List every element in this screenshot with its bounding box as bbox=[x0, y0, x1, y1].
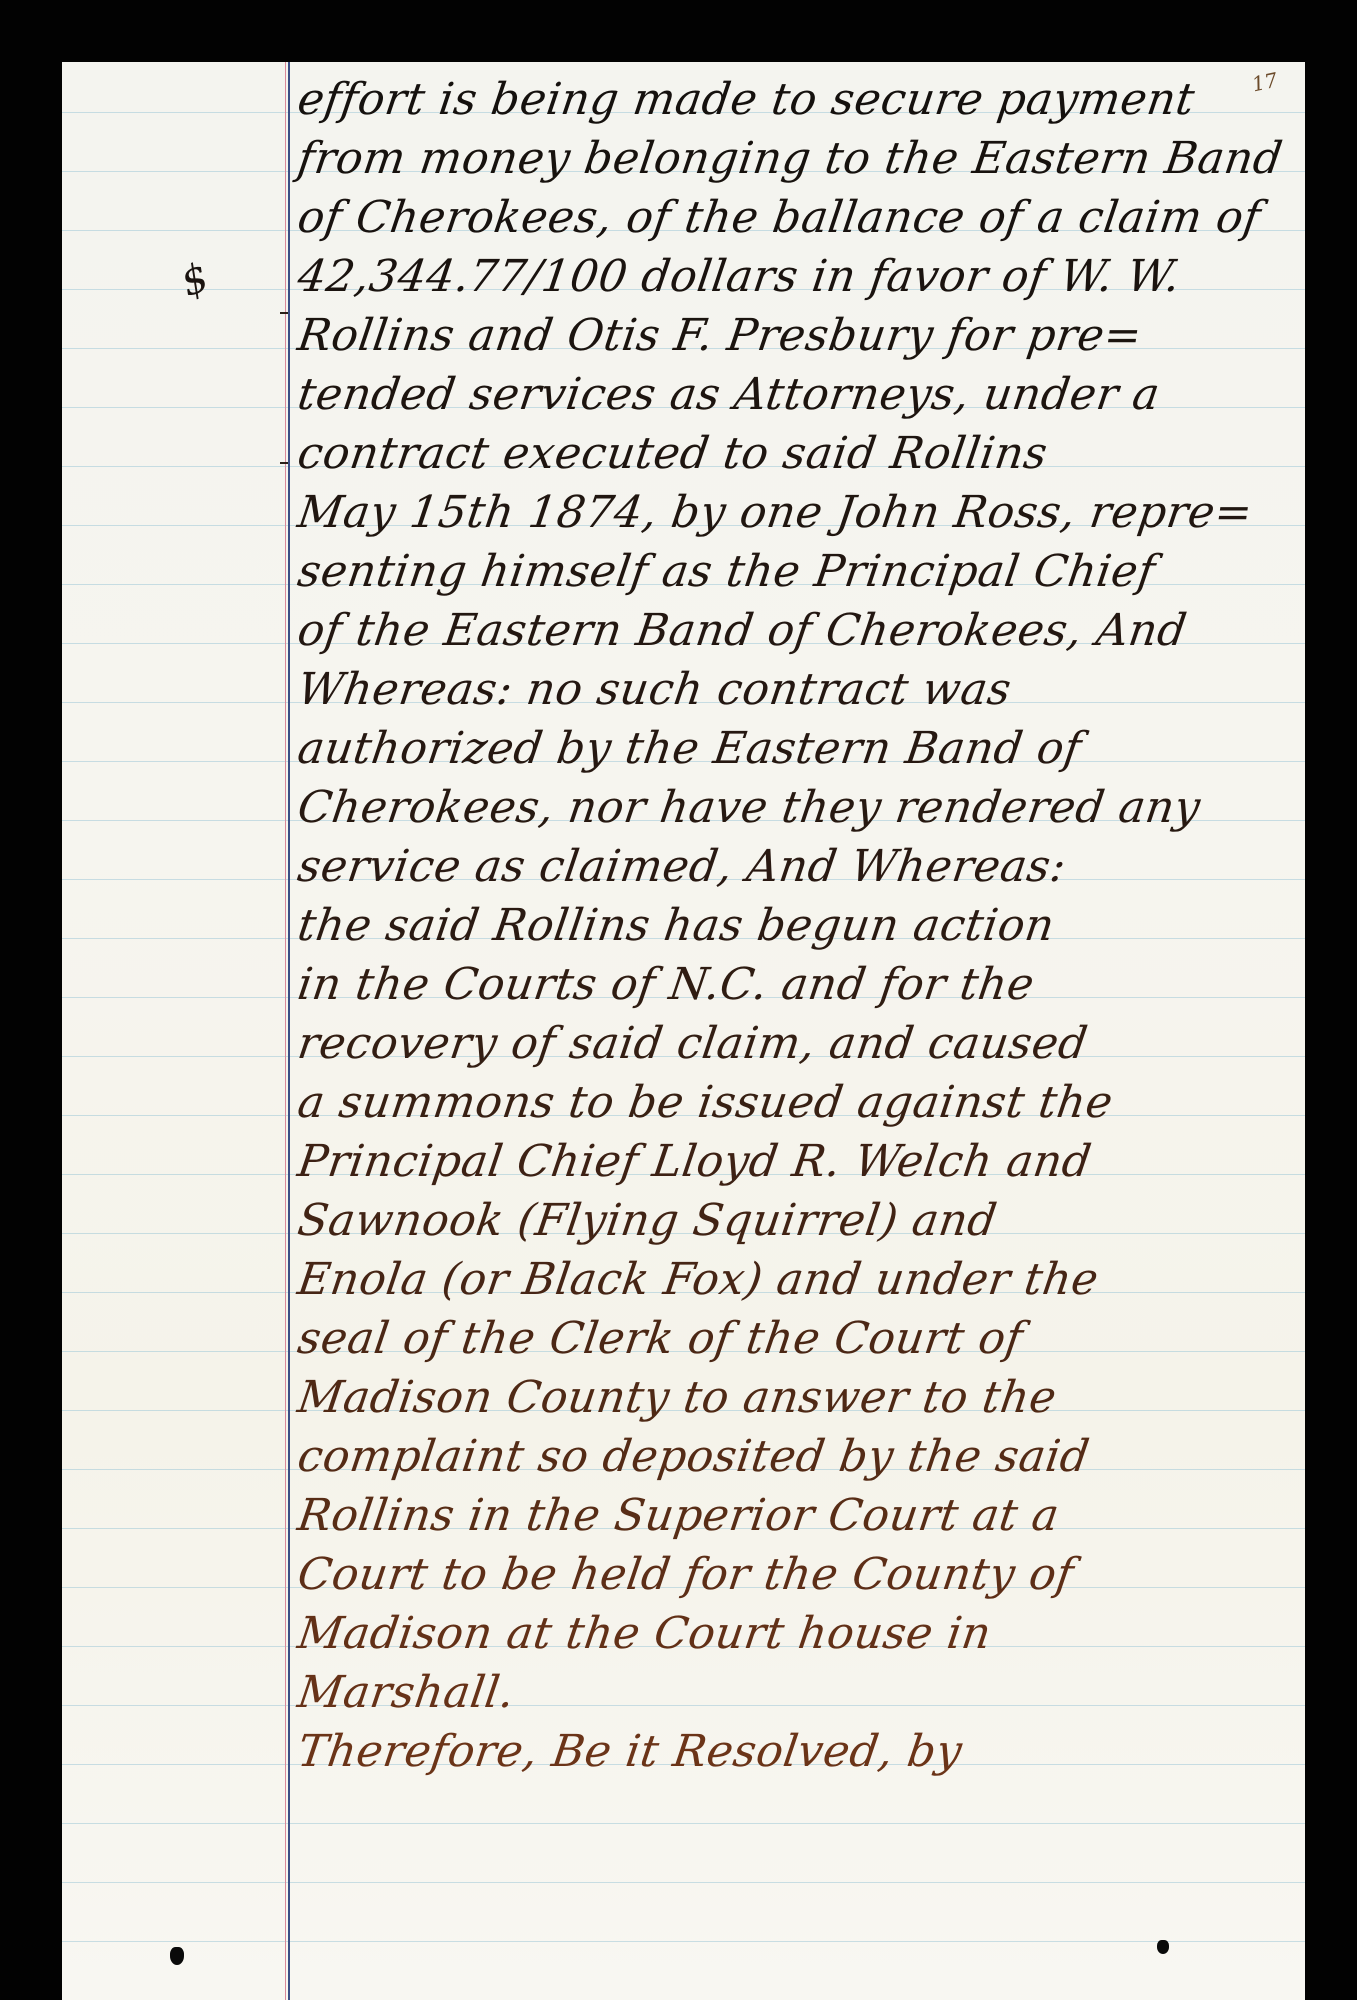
text-line: recovery of said claim, and caused bbox=[294, 1014, 1302, 1073]
text-line: 42,344.77/100 dollars in favor of W. W. bbox=[294, 247, 1302, 306]
text-line: service as claimed, And Whereas: bbox=[294, 837, 1302, 896]
scan-background: 17 $ effort is being made to secure paym… bbox=[0, 0, 1357, 2000]
text-line: contract executed to said Rollins bbox=[294, 424, 1302, 483]
binding-hole-right bbox=[1157, 1940, 1169, 1954]
text-line: effort is being made to secure payment bbox=[294, 70, 1302, 129]
text-line: Principal Chief Lloyd R. Welch and bbox=[294, 1132, 1302, 1191]
text-line: of the Eastern Band of Cherokees, And bbox=[294, 601, 1302, 660]
margin-tick-mark bbox=[280, 312, 288, 314]
margin-tick-mark bbox=[280, 462, 288, 464]
text-line: seal of the Clerk of the Court of bbox=[294, 1309, 1302, 1368]
text-line: Marshall. bbox=[294, 1663, 1302, 1722]
text-line: Enola (or Black Fox) and under the bbox=[294, 1250, 1302, 1309]
text-line: Cherokees, nor have they rendered any bbox=[294, 778, 1302, 837]
text-line: senting himself as the Principal Chief bbox=[294, 542, 1302, 601]
handwritten-text-body: effort is being made to secure payment f… bbox=[294, 70, 1294, 1781]
binding-hole-left bbox=[170, 1947, 184, 1965]
text-line: Rollins and Otis F. Presbury for pre= bbox=[294, 306, 1302, 365]
text-line: the said Rollins has begun action bbox=[294, 896, 1302, 955]
text-line: Therefore, Be it Resolved, by bbox=[294, 1722, 1302, 1781]
text-line: of Cherokees, of the ballance of a claim… bbox=[294, 188, 1302, 247]
text-line: authorized by the Eastern Band of bbox=[294, 719, 1302, 778]
text-line: Whereas: no such contract was bbox=[294, 660, 1302, 719]
text-line: Court to be held for the County of bbox=[294, 1545, 1302, 1604]
text-line: complaint so deposited by the said bbox=[294, 1427, 1302, 1486]
text-line: May 15th 1874, by one John Ross, repre= bbox=[294, 483, 1302, 542]
text-line: tended services as Attorneys, under a bbox=[294, 365, 1302, 424]
ledger-page: 17 $ effort is being made to secure paym… bbox=[62, 62, 1305, 2000]
text-line: Madison at the Court house in bbox=[294, 1604, 1302, 1663]
text-line: a summons to be issued against the bbox=[294, 1073, 1302, 1132]
margin-line-red bbox=[285, 62, 286, 2000]
text-line: Sawnook (Flying Squirrel) and bbox=[294, 1191, 1302, 1250]
text-line: Rollins in the Superior Court at a bbox=[294, 1486, 1302, 1545]
text-line: Madison County to answer to the bbox=[294, 1368, 1302, 1427]
text-line: from money belonging to the Eastern Band bbox=[294, 129, 1302, 188]
margin-line-blue bbox=[288, 62, 290, 2000]
text-line: in the Courts of N.C. and for the bbox=[294, 955, 1302, 1014]
